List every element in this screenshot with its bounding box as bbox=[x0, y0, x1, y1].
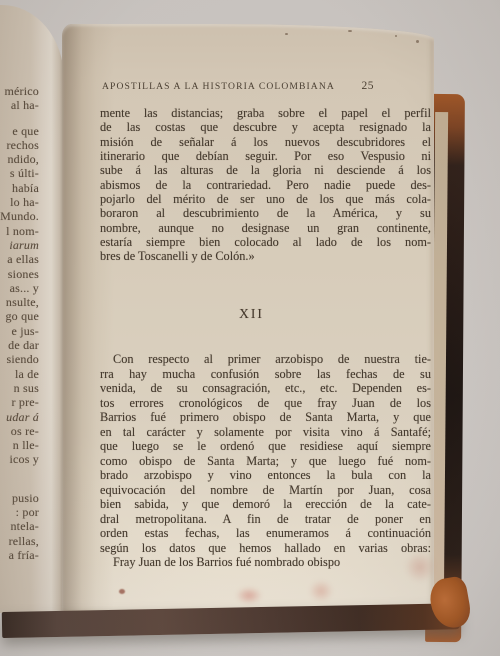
right-book-page: APOSTILLAS A LA HISTORIA COLOMBIANA 25 m… bbox=[62, 24, 434, 612]
running-header-title: APOSTILLAS A LA HISTORIA COLOMBIANA bbox=[102, 81, 335, 92]
text-line: pojarlo del mérito de ser uno de los que… bbox=[100, 192, 431, 206]
left-page-text-fragment: n sus bbox=[0, 381, 39, 395]
text-line: en tal carácter y solamente por visita v… bbox=[100, 425, 431, 440]
left-page-text-fragment: e jus- bbox=[0, 324, 39, 338]
page-speck bbox=[285, 33, 288, 35]
left-page-text-fragment: a ellas bbox=[0, 252, 39, 266]
text-line: de las costas que descubre y acepta resi… bbox=[100, 120, 431, 134]
paragraph-block-2: Con respecto al primer arzobispo de nues… bbox=[100, 352, 431, 570]
text-line: Barrios fué primero obispo de Santa Mart… bbox=[100, 410, 431, 425]
left-page-text-fragment: siones bbox=[0, 267, 39, 281]
page-stain bbox=[309, 580, 333, 602]
left-page-text-fragment: rellas, bbox=[0, 534, 39, 548]
page-stain bbox=[119, 589, 125, 594]
left-page-text-column: mérico al ha- e que rechos ndido, s últi… bbox=[0, 84, 39, 562]
left-page-text-fragment: rechos bbox=[0, 138, 39, 152]
left-page-text-fragment: nsulte, bbox=[0, 295, 39, 309]
page-stain bbox=[236, 587, 262, 604]
text-line: venida, de su consagración, etc., etc. D… bbox=[100, 381, 431, 396]
text-line: bien sabida, y que demoró la erección de… bbox=[100, 497, 431, 512]
text-line: que luego se le ordenó que residiese aqu… bbox=[100, 439, 431, 454]
left-page-text-fragment: ndido, bbox=[0, 152, 39, 166]
text-line: orden estas fechas, las enumeramos á con… bbox=[100, 526, 431, 541]
text-line: boraron al descubrimiento de la América,… bbox=[100, 206, 431, 220]
text-line: rra hay mucha confusión sobre las fechas… bbox=[100, 367, 431, 382]
left-page-text-fragment: pusio bbox=[0, 491, 39, 505]
left-page-text-fragment: al ha- bbox=[0, 98, 39, 112]
left-page-text-fragment: ntela- bbox=[0, 519, 39, 533]
text-line: Fray Juan de los Barrios fué nombrado ob… bbox=[100, 555, 431, 570]
page-speck bbox=[348, 30, 352, 32]
left-page-text-fragment: siendo bbox=[0, 352, 39, 366]
running-header: APOSTILLAS A LA HISTORIA COLOMBIANA 25 bbox=[102, 80, 374, 92]
left-page-text-fragment: había bbox=[0, 181, 39, 195]
text-line: nombre, aunque no designase un gran cont… bbox=[100, 221, 431, 235]
left-page-text-fragment: la de bbox=[0, 367, 39, 381]
text-line: Con respecto al primer arzobispo de nues… bbox=[100, 352, 431, 367]
page-speck bbox=[395, 35, 397, 37]
left-page-text-fragment: l nom- bbox=[0, 224, 39, 238]
left-page-text-fragment: a fría- bbox=[0, 548, 39, 562]
text-line: según los datos que hemos hallado en var… bbox=[100, 541, 431, 556]
text-line: itinerario que debían seguir. Por eso Ve… bbox=[100, 149, 431, 163]
left-page-text-fragment: icos y bbox=[0, 452, 39, 466]
text-line: estaría siempre bien colocado al lado de… bbox=[100, 235, 431, 249]
left-page-text-fragment: udar á bbox=[0, 410, 39, 424]
text-line: tos errores cronológicos de que fray Jua… bbox=[100, 396, 431, 411]
left-page-text-fragment: s últi- bbox=[0, 166, 39, 180]
paragraph-block-1: mente las distancias; graba sobre el pap… bbox=[100, 106, 431, 264]
left-page-text-fragment: iarum bbox=[0, 238, 39, 252]
text-line: sube á las alturas de la gloria ni desci… bbox=[100, 163, 431, 177]
text-line: mente las distancias; graba sobre el pap… bbox=[100, 106, 431, 120]
left-page-text-fragment: go que bbox=[0, 309, 39, 323]
page-number: 25 bbox=[362, 80, 375, 92]
left-page-text-fragment: Mundo. bbox=[0, 209, 39, 223]
left-page-text-fragment: r pre- bbox=[0, 395, 39, 409]
page-stain bbox=[405, 552, 435, 582]
book-photo: mérico al ha- e que rechos ndido, s últi… bbox=[0, 0, 500, 656]
text-line: como obispo de Santa Marta; y que luego … bbox=[100, 454, 431, 469]
text-line: dral metropolitana. A fin de tratar de p… bbox=[100, 512, 431, 527]
text-line: abismos de la contrariedad. Pero nadie p… bbox=[100, 178, 431, 192]
left-book-page: mérico al ha- e que rechos ndido, s últi… bbox=[0, 5, 64, 613]
left-page-text-fragment: de dar bbox=[0, 338, 39, 352]
left-page-text-fragment: : por bbox=[0, 505, 39, 519]
left-page-text-fragment: n lle- bbox=[0, 438, 39, 452]
left-page-text-fragment: as... y bbox=[0, 281, 39, 295]
page-speck bbox=[416, 40, 419, 43]
text-line: misión de señalar á los nuevos descubrid… bbox=[100, 135, 431, 149]
left-page-text-fragment: os re- bbox=[0, 424, 39, 438]
paragraph-gap bbox=[0, 113, 39, 124]
paragraph-gap bbox=[0, 467, 39, 491]
text-line: brado arzobispo y vino entonces la bula … bbox=[100, 468, 431, 483]
left-page-text-fragment: lo ha- bbox=[0, 195, 39, 209]
text-line: bres de Toscanelli y de Colón.» bbox=[100, 249, 431, 263]
left-page-text-fragment: mérico bbox=[0, 84, 39, 98]
left-page-text-fragment: e que bbox=[0, 124, 39, 138]
section-heading: XII bbox=[86, 306, 417, 322]
text-line: equivocación del nombre de Martín por Ju… bbox=[100, 483, 431, 498]
